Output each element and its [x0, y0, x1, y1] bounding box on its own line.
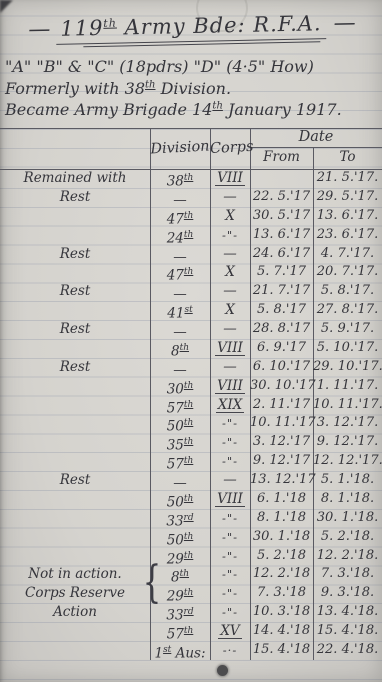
table-row: 50th -"- 10. 11.'17 3. 12.'17.	[0, 414, 382, 433]
table-row: Rest — — 21. 7.'17 5. 8.'17.	[0, 282, 382, 301]
division-cell: 47th	[150, 263, 210, 282]
date-from-cell: 13. 12.'17	[250, 471, 313, 490]
corps-cell: X	[210, 263, 250, 282]
date-to-cell: 7. 3.'18.	[313, 565, 382, 584]
table-row: 57th -"- 9. 12.'17 12. 12.'17.	[0, 452, 382, 471]
title-rest: Army Bde: R.F.A.	[117, 11, 322, 39]
date-to-cell: 22. 4.'18.	[313, 641, 382, 660]
division-cell: 8th	[150, 339, 210, 358]
date-to-cell: 9. 3.'18.	[313, 584, 382, 603]
date-from-cell: 7. 3.'18	[250, 584, 313, 603]
division-cell: 35th	[150, 433, 210, 452]
division-cell: 24th	[150, 226, 210, 245]
date-from-cell: 3. 12.'17	[250, 433, 313, 452]
title-number: 119	[60, 16, 104, 41]
date-from-cell: 24. 6.'17	[250, 245, 313, 264]
row-label	[0, 377, 150, 396]
date-from-cell: 8. 1.'18	[250, 509, 313, 528]
corps-cell: VIII	[210, 377, 250, 396]
row-label	[0, 490, 150, 509]
corps-cell: —	[210, 282, 250, 301]
date-from-cell: 30. 5.'17	[250, 207, 313, 226]
corps-cell: -"-	[210, 603, 250, 622]
date-from-cell: 5. 8.'17	[250, 301, 313, 320]
division-cell: 47th	[150, 207, 210, 226]
row-label	[0, 414, 150, 433]
title-ordinal: th	[103, 17, 117, 30]
table-row: 50th -"- 30. 1.'18 5. 2.'18.	[0, 528, 382, 547]
date-from-cell: 5. 2.'18	[250, 547, 313, 566]
row-label: Rest	[0, 471, 150, 490]
division-cell: 38th	[150, 169, 210, 188]
corps-cell: -"-	[210, 452, 250, 471]
table-row: Not in action. 8th -"- 12. 2.'18 7. 3.'1…	[0, 565, 382, 584]
table-row: 47th X 30. 5.'17 13. 6.'17.	[0, 207, 382, 226]
corps-cell: -"-	[210, 414, 250, 433]
corps-cell: XV	[210, 622, 250, 641]
date-from-cell: 22. 5.'17	[250, 188, 313, 207]
date-to-cell: 10. 11.'17.	[313, 396, 382, 415]
date-to-cell: 13. 4.'18.	[313, 603, 382, 622]
table-row: Rest — — 28. 8.'17 5. 9.'17.	[0, 320, 382, 339]
corps-cell: —	[210, 471, 250, 490]
title-text: 119th Army Bde: R.F.A.	[56, 11, 326, 45]
date-to-cell: 5. 2.'18.	[313, 528, 382, 547]
title-dash-left: —	[28, 17, 49, 42]
title-dash-right: —	[333, 11, 354, 36]
corps-cell: VIII	[210, 339, 250, 358]
battery-composition-line: "A" "B" & "C" (18pdrs) "D" (4·5" How)	[5, 57, 314, 76]
row-label	[0, 622, 150, 641]
division-cell: —	[150, 188, 210, 207]
document-page: — 119th Army Bde: R.F.A. — "A" "B" & "C"…	[0, 0, 382, 682]
date-from-cell: 9. 12.'17	[250, 452, 313, 471]
division-cell: 33rd	[150, 509, 210, 528]
corps-cell: —	[210, 188, 250, 207]
row-label	[0, 509, 150, 528]
corps-cell: -"-	[210, 528, 250, 547]
row-label	[0, 433, 150, 452]
column-header-division: Division	[149, 126, 211, 170]
corps-cell: -·-	[210, 641, 250, 660]
row-label: Rest	[0, 320, 150, 339]
column-header-from: From	[250, 147, 313, 169]
row-label	[0, 207, 150, 226]
table-row: Rest — — 24. 6.'17 4. 7.'17.	[0, 245, 382, 264]
table-row: 24th -"- 13. 6.'17 23. 6.'17.	[0, 226, 382, 245]
date-to-cell: 15. 4.'18.	[313, 622, 382, 641]
corps-cell: —	[210, 358, 250, 377]
corner-stain	[0, 0, 13, 13]
table-row: 30th VIII 30. 10.'17 1. 11.'17.	[0, 377, 382, 396]
date-to-cell: 9. 12.'17.	[313, 433, 382, 452]
date-to-cell: 4. 7.'17.	[313, 245, 382, 264]
date-to-cell: 20. 7.'17.	[313, 263, 382, 282]
division-cell: 50th	[150, 528, 210, 547]
row-label: Not in action.	[0, 565, 150, 584]
division-cell: 50th	[150, 490, 210, 509]
date-to-cell: 3. 12.'17.	[313, 414, 382, 433]
date-from-cell: 28. 8.'17	[250, 320, 313, 339]
corps-cell: -"-	[210, 226, 250, 245]
corps-cell: X	[210, 207, 250, 226]
division-cell: —	[150, 245, 210, 264]
table-row: Corps Reserve 29th -"- 7. 3.'18 9. 3.'18…	[0, 584, 382, 603]
corps-cell: -"-	[210, 433, 250, 452]
date-to-cell: 5. 10.'17.	[313, 339, 382, 358]
table-row: 8th VIII 6. 9.'17 5. 10.'17.	[0, 339, 382, 358]
date-to-cell: 12. 12.'17.	[313, 452, 382, 471]
corps-cell: VIII	[210, 169, 250, 188]
corps-cell: —	[210, 245, 250, 264]
corps-cell: VIII	[210, 490, 250, 509]
date-from-cell: 10. 3.'18	[250, 603, 313, 622]
division-cell: 41st	[150, 301, 210, 320]
date-to-cell: 23. 6.'17.	[313, 226, 382, 245]
table-row: 50th VIII 6. 1.'18 8. 1.'18.	[0, 490, 382, 509]
date-to-cell: 29. 5.'17.	[313, 188, 382, 207]
table-row: 33rd -"- 8. 1.'18 30. 1.'18.	[0, 509, 382, 528]
table-row: Remained with 38th VIII 21. 5.'17.	[0, 169, 382, 188]
formerly-line: Formerly with 38th Division.	[5, 79, 231, 98]
date-to-cell: 13. 6.'17.	[313, 207, 382, 226]
date-from-cell: 30. 1.'18	[250, 528, 313, 547]
row-label: Remained with	[0, 169, 150, 188]
date-to-cell: 5. 8.'17.	[313, 282, 382, 301]
division-cell: —	[150, 471, 210, 490]
row-label	[0, 641, 150, 660]
date-from-cell: 30. 10.'17	[250, 377, 313, 396]
corps-cell: -"-	[210, 584, 250, 603]
date-from-cell: 12. 2.'18	[250, 565, 313, 584]
division-cell: 57th	[150, 396, 210, 415]
date-from-cell: 13. 6.'17	[250, 226, 313, 245]
date-from-cell: 21. 7.'17	[250, 282, 313, 301]
table-body: Remained with 38th VIII 21. 5.'17. Rest …	[0, 169, 382, 660]
table-row: 29th -"- 5. 2.'18 12. 2.'18.	[0, 547, 382, 566]
row-label	[0, 339, 150, 358]
corps-cell: —	[210, 320, 250, 339]
row-label: Rest	[0, 282, 150, 301]
division-cell: —	[150, 320, 210, 339]
table-row: 35th -"- 3. 12.'17 9. 12.'17.	[0, 433, 382, 452]
row-label	[0, 396, 150, 415]
corps-cell: -"-	[210, 547, 250, 566]
row-label: Rest	[0, 358, 150, 377]
label-brace: {	[143, 561, 161, 605]
row-label	[0, 528, 150, 547]
table-row: Action 33rd -"- 10. 3.'18 13. 4.'18.	[0, 603, 382, 622]
date-to-cell: 5. 1.'18.	[313, 471, 382, 490]
column-header-corps: Corps	[209, 127, 251, 170]
row-label	[0, 301, 150, 320]
row-label: Corps Reserve	[0, 584, 150, 603]
table-row: Rest — — 22. 5.'17 29. 5.'17.	[0, 188, 382, 207]
date-from-cell	[250, 169, 313, 188]
division-cell: 57th	[150, 452, 210, 471]
table-row: Rest — — 6. 10.'17 29. 10.'17.	[0, 358, 382, 377]
row-label: Rest	[0, 188, 150, 207]
date-from-cell: 6. 10.'17	[250, 358, 313, 377]
division-cell: —	[150, 282, 210, 301]
corps-cell: -"-	[210, 565, 250, 584]
row-label	[0, 226, 150, 245]
date-to-cell: 27. 8.'17.	[313, 301, 382, 320]
corps-cell: -"-	[210, 509, 250, 528]
table-row: 57th XV 14. 4.'18 15. 4.'18.	[0, 622, 382, 641]
division-cell: 57th	[150, 622, 210, 641]
hole-punch-dot	[217, 665, 228, 676]
date-from-cell: 15. 4.'18	[250, 641, 313, 660]
date-to-cell: 5. 9.'17.	[313, 320, 382, 339]
division-cell: 1st Aus:	[150, 641, 210, 660]
row-label	[0, 547, 150, 566]
date-to-cell: 29. 10.'17.	[313, 358, 382, 377]
corps-cell: XIX	[210, 396, 250, 415]
division-cell: —	[150, 358, 210, 377]
date-from-cell: 2. 11.'17	[250, 396, 313, 415]
became-brigade-line: Became Army Brigade 14th January 1917.	[5, 100, 342, 119]
row-label: Rest	[0, 245, 150, 264]
date-from-cell: 5. 7.'17	[250, 263, 313, 282]
table-row: 57th XIX 2. 11.'17 10. 11.'17.	[0, 396, 382, 415]
date-from-cell: 6. 1.'18	[250, 490, 313, 509]
row-label	[0, 452, 150, 471]
date-to-cell: 21. 5.'17.	[313, 169, 382, 188]
date-from-cell: 6. 9.'17	[250, 339, 313, 358]
date-from-cell: 10. 11.'17	[250, 414, 313, 433]
table-row: 1st Aus: -·- 15. 4.'18 22. 4.'18.	[0, 641, 382, 660]
date-to-cell: 30. 1.'18.	[313, 509, 382, 528]
date-to-cell: 1. 11.'17.	[313, 377, 382, 396]
document-title: — 119th Army Bde: R.F.A. —	[0, 10, 382, 46]
column-header-to: To	[313, 147, 382, 169]
division-cell: 50th	[150, 414, 210, 433]
table-row: 47th X 5. 7.'17 20. 7.'17.	[0, 263, 382, 282]
corps-cell: X	[210, 301, 250, 320]
table-row: 41st X 5. 8.'17 27. 8.'17.	[0, 301, 382, 320]
row-label	[0, 263, 150, 282]
division-cell: 30th	[150, 377, 210, 396]
table-row: Rest — — 13. 12.'17 5. 1.'18.	[0, 471, 382, 490]
date-from-cell: 14. 4.'18	[250, 622, 313, 641]
column-header-date: Date	[250, 128, 382, 147]
row-label: Action	[0, 603, 150, 622]
date-to-cell: 8. 1.'18.	[313, 490, 382, 509]
date-to-cell: 12. 2.'18.	[313, 547, 382, 566]
